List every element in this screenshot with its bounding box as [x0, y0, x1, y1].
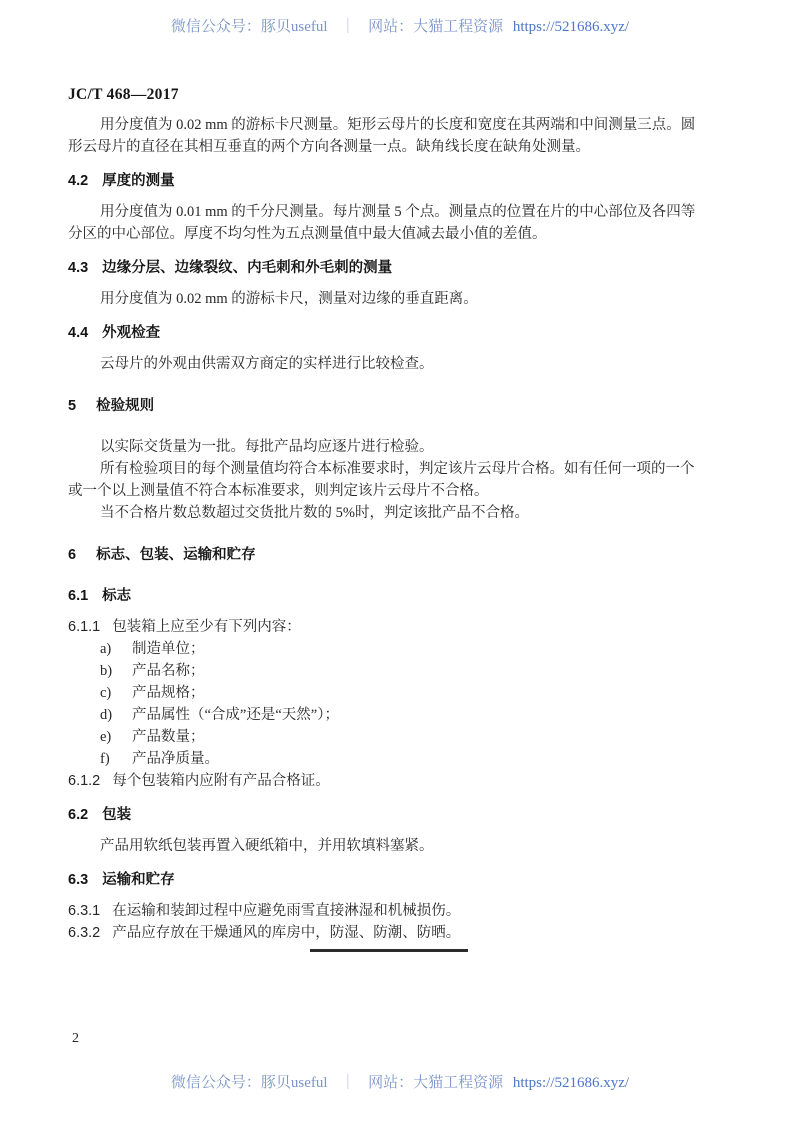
- clause-number: 6.1.1: [68, 619, 100, 635]
- section-5-paragraph-1: 以实际交货量为一批。每批产品均应逐片进行检验。: [68, 436, 708, 458]
- list-item-c: c)产品规格；: [100, 682, 708, 704]
- section-heading-6-1: 6.1标志: [68, 585, 708, 607]
- clause-number: 6.3.2: [68, 925, 100, 941]
- clause-6-3-1: 6.3.1在运输和装卸过程中应避免雨雪直接淋湿和机械损伤。: [68, 900, 708, 922]
- chapter-heading-5: 5检验规则: [68, 395, 708, 417]
- section-title: 边缘分层、边缘裂纹、内毛刺和外毛刺的测量: [102, 260, 392, 276]
- section-number: 4.4: [68, 325, 88, 341]
- list-item-marker: e): [100, 726, 120, 748]
- section-4-4-paragraph: 云母片的外观由供需双方商定的实样进行比较检查。: [68, 353, 708, 375]
- wechat-account-text: 微信公众号：豚贝useful: [171, 19, 328, 35]
- clause-6-1-1: 6.1.1包装箱上应至少有下列内容：: [68, 616, 708, 638]
- clause-text: 产品应存放在干燥通风的库房中，防湿、防潮、防晒。: [112, 925, 460, 941]
- page-number: 2: [72, 1031, 79, 1047]
- list-item-text: 制造单位；: [132, 641, 205, 657]
- clause-6-1-2: 6.1.2每个包装箱内应附有产品合格证。: [68, 770, 708, 792]
- section-number: 4.3: [68, 260, 88, 276]
- section-heading-4-3: 4.3边缘分层、边缘裂纹、内毛刺和外毛刺的测量: [68, 257, 708, 279]
- section-title: 标志: [102, 588, 131, 604]
- section-title: 运输和贮存: [102, 872, 175, 888]
- section-5-paragraph-2: 所有检验项目的每个测量值均符合本标准要求时，判定该片云母片合格。如有任何一项的一…: [68, 458, 708, 502]
- watermark-separator: ｜: [340, 1075, 355, 1091]
- chapter-number: 6: [68, 547, 76, 563]
- list-item-text: 产品净质量。: [132, 751, 219, 767]
- section-4-3-paragraph: 用分度值为 0.02 mm 的游标卡尺，测量对边缘的垂直距离。: [68, 288, 708, 310]
- clause-text: 每个包装箱内应附有产品合格证。: [112, 773, 330, 789]
- list-item-e: e)产品数量；: [100, 726, 708, 748]
- watermark-top: 微信公众号：豚贝useful ｜ 网站：大猫工程资源 https://52168…: [0, 16, 800, 38]
- section-number: 6.3: [68, 872, 88, 888]
- chapter-title: 标志、包装、运输和贮存: [96, 547, 256, 563]
- list-item-text: 产品数量；: [132, 729, 205, 745]
- intro-paragraph: 用分度值为 0.02 mm 的游标卡尺测量。矩形云母片的长度和宽度在其两端和中间…: [68, 114, 708, 158]
- list-item-d: d)产品属性（“合成”还是“天然”）；: [100, 704, 708, 726]
- section-title: 外观检查: [102, 325, 160, 341]
- watermark-separator: ｜: [340, 19, 355, 35]
- site-url-link[interactable]: https://521686.xyz/: [513, 1075, 629, 1091]
- list-item-a: a)制造单位；: [100, 638, 708, 660]
- list-item-marker: d): [100, 704, 120, 726]
- list-item-f: f)产品净质量。: [100, 748, 708, 770]
- section-6-2-paragraph: 产品用软纸包装再置入硬纸箱中，并用软填料塞紧。: [68, 835, 708, 857]
- clause-text: 在运输和装卸过程中应避免雨雪直接淋湿和机械损伤。: [112, 903, 460, 919]
- list-item-b: b)产品名称；: [100, 660, 708, 682]
- chapter-number: 5: [68, 398, 76, 414]
- section-number: 4.2: [68, 173, 88, 189]
- site-name-text: 网站：大猫工程资源: [368, 19, 503, 35]
- end-of-document-rule: [310, 949, 468, 952]
- list-item-marker: c): [100, 682, 120, 704]
- list-item-marker: f): [100, 748, 120, 770]
- site-url-link[interactable]: https://521686.xyz/: [513, 19, 629, 35]
- section-heading-4-4: 4.4外观检查: [68, 322, 708, 344]
- list-item-marker: b): [100, 660, 120, 682]
- site-name-text: 网站：大猫工程资源: [368, 1075, 503, 1091]
- clause-number: 6.1.2: [68, 773, 100, 789]
- section-4-2-paragraph: 用分度值为 0.01 mm 的千分尺测量。每片测量 5 个点。测量点的位置在片的…: [68, 201, 708, 245]
- section-number: 6.1: [68, 588, 88, 604]
- section-heading-6-2: 6.2包装: [68, 804, 708, 826]
- page-content: JC/T 468—2017 用分度值为 0.02 mm 的游标卡尺测量。矩形云母…: [68, 84, 708, 944]
- list-item-marker: a): [100, 638, 120, 660]
- chapter-heading-6: 6标志、包装、运输和贮存: [68, 544, 708, 566]
- section-heading-4-2: 4.2厚度的测量: [68, 170, 708, 192]
- section-number: 6.2: [68, 807, 88, 823]
- list-item-text: 产品属性（“合成”还是“天然”）；: [132, 707, 339, 723]
- section-title: 厚度的测量: [102, 173, 175, 189]
- watermark-bottom: 微信公众号：豚贝useful ｜ 网站：大猫工程资源 https://52168…: [0, 1072, 800, 1094]
- wechat-account-text: 微信公众号：豚贝useful: [171, 1075, 328, 1091]
- chapter-title: 检验规则: [96, 398, 154, 414]
- clause-text: 包装箱上应至少有下列内容：: [112, 619, 301, 635]
- document-page: 微信公众号：豚贝useful ｜ 网站：大猫工程资源 https://52168…: [0, 0, 800, 1123]
- section-heading-6-3: 6.3运输和贮存: [68, 869, 708, 891]
- standard-code: JC/T 468—2017: [68, 84, 708, 106]
- list-item-text: 产品名称；: [132, 663, 205, 679]
- clause-6-3-2: 6.3.2产品应存放在干燥通风的库房中，防湿、防潮、防晒。: [68, 922, 708, 944]
- clause-number: 6.3.1: [68, 903, 100, 919]
- section-5-paragraph-3: 当不合格片数总数超过交货批片数的 5%时，判定该批产品不合格。: [68, 502, 708, 524]
- section-title: 包装: [102, 807, 131, 823]
- list-item-text: 产品规格；: [132, 685, 205, 701]
